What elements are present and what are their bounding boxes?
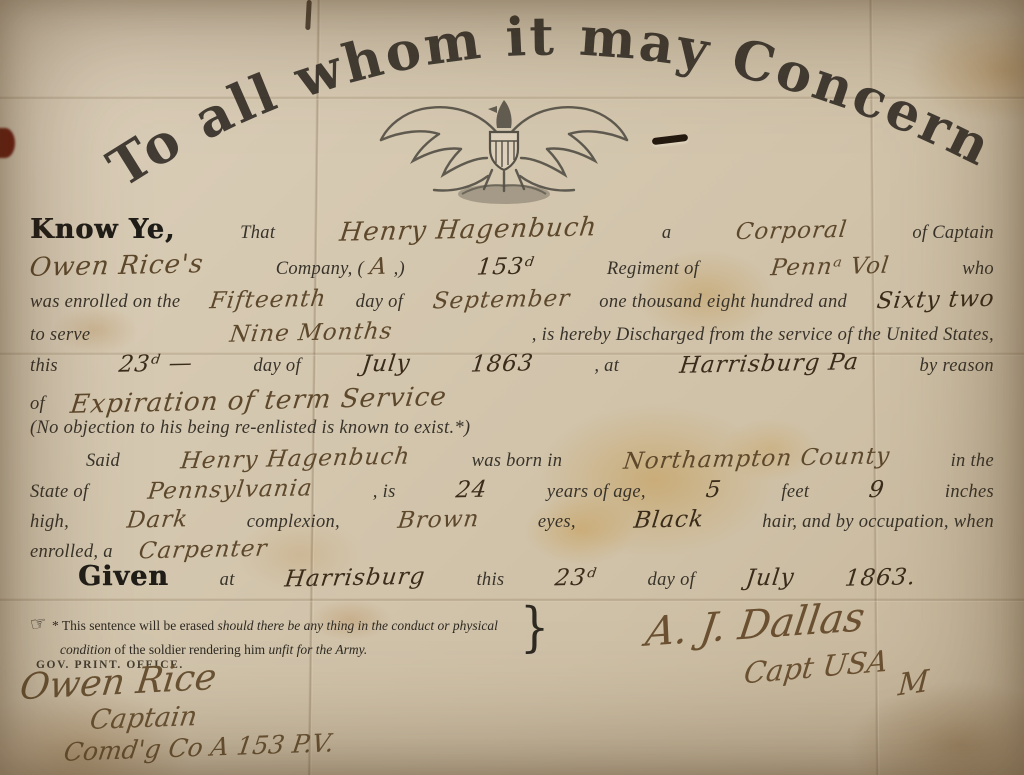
form-line-description: high, Dark complexion, Brown eyes, Black… [30, 507, 994, 533]
captain-name-entry: Owen Rice's [28, 249, 205, 283]
print-day-of: day of [356, 292, 404, 313]
company-letter-entry: A [368, 254, 389, 280]
given-year-entry: 1863. [843, 564, 917, 591]
print-eyes: eyes, [538, 512, 576, 533]
print-complexion: complexion, [247, 512, 340, 533]
given-month-entry: July [744, 564, 796, 591]
soldier-name-entry: Henry Hagenbuch [338, 212, 599, 247]
print-in-the: in the [951, 451, 994, 472]
print-hair-occupation: hair, and by occupation, when [762, 512, 994, 533]
given-place-entry: Harrisburg [284, 564, 428, 593]
discharge-year-entry: 1863 [469, 350, 535, 377]
print-years-of-age: years of age, [547, 482, 646, 503]
hair-entry: Black [633, 506, 706, 533]
signature-flourish-m: M [897, 664, 930, 704]
print-of: of [30, 394, 45, 415]
complexion-entry: Dark [126, 506, 190, 533]
form-line-enrollment: was enrolled on the Fifteenth day of Sep… [30, 287, 994, 313]
print-to-serve: to serve [30, 325, 90, 346]
footnote-line2-italic2: unfit for the Army. [268, 642, 367, 657]
age-entry: 24 [454, 477, 488, 504]
rank-entry: Corporal [735, 217, 849, 245]
form-line-company: Owen Rice's Company, ( A ,) 153ᵈ Regimen… [30, 251, 994, 281]
enroll-month-entry: September [431, 286, 572, 315]
state-volunteers-entry: Pennᵃ Vol [770, 253, 892, 281]
print-state-of: State of [30, 482, 88, 503]
form-line-occupation: enrolled, a Carpenter [30, 537, 994, 563]
discharge-month-entry: July [360, 350, 412, 377]
form-line-term: to serve Nine Months , is hereby Dischar… [30, 320, 994, 346]
form-line-know-ye: Know Ye, That Henry Hagenbuch a Corporal… [30, 214, 994, 245]
reason-entry: Expiration of term Service [69, 382, 449, 420]
eagle-emblem [376, 94, 632, 206]
print-no-objection: (No objection to his being re-enlisted i… [30, 418, 470, 439]
print-one-thousand: one thousand eight hundred and [599, 292, 847, 313]
enroll-day-entry: Fifteenth [208, 286, 328, 314]
print-at-2: at [220, 570, 235, 591]
print-day-of-3: day of [648, 570, 696, 591]
footnote-line2: condition of the soldier rendering him u… [30, 639, 530, 661]
print-enrolled-a: enrolled, a [30, 542, 113, 563]
eyes-entry: Brown [397, 506, 482, 534]
print-high: high, [30, 512, 69, 533]
print-day-of-2: day of [253, 356, 301, 377]
know-ye-label: Know Ye, [30, 214, 175, 245]
given-label: Given [78, 561, 169, 592]
form-line-birth: Said Henry Hagenbuch was born in Northam… [30, 446, 994, 472]
form-line-age-height: State of Pennsylvania , is 24 years of a… [30, 477, 994, 503]
form-line-no-objection: (No objection to his being re-enlisted i… [30, 418, 994, 439]
print-that: That [240, 223, 275, 244]
print-who: who [962, 259, 994, 280]
footnote-brace: } [520, 596, 549, 658]
company-letter-cluster: Company, ( A ,) [276, 254, 405, 280]
print-feet: feet [781, 482, 809, 503]
discharge-certificate-photo: To all whom it may Concern: Know Ye, Tha… [0, 0, 1024, 775]
print-a: a [662, 223, 672, 244]
birth-county-entry: Northampton County [622, 443, 892, 475]
form-line-given: Given at Harrisburg this 23ᵈ day of July… [30, 561, 994, 592]
footnote-line1-roman: * This sentence will be erased [52, 618, 214, 633]
print-this: this [30, 356, 58, 377]
height-feet-entry: 5 [704, 477, 723, 503]
footnote-line1-italic: should there be any thing in the conduct… [218, 618, 498, 633]
form-line-reason: of Expiration of term Service [30, 386, 994, 416]
footnote-line2-roman: of the soldier rendering him [114, 642, 265, 657]
footnote: ☞* This sentence will be erased should t… [30, 609, 530, 661]
soldier-name-entry-2: Henry Hagenbuch [179, 444, 412, 475]
manicule-icon: ☞ [27, 608, 49, 641]
discharge-day-entry: 23ᵈ — [117, 350, 194, 378]
print-discharged: , is hereby Discharged from the service … [532, 325, 994, 346]
form-line-discharge-date: this 23ᵈ — day of July 1863 , at Harrisb… [30, 351, 994, 377]
enroll-year-entry: Sixty two [875, 286, 996, 314]
print-this-2: this [476, 570, 504, 591]
term-entry: Nine Months [228, 318, 394, 347]
print-at: , at [594, 356, 619, 377]
print-said: Said [86, 451, 120, 472]
print-regiment-of: Regiment of [607, 259, 699, 280]
given-day-entry: 23ᵈ [554, 565, 599, 592]
signature-rank-captain: Captain [88, 701, 199, 736]
birth-state-entry: Pennsylvania [147, 475, 315, 504]
print-inches: inches [945, 482, 994, 503]
print-company-close: ,) [394, 259, 405, 280]
print-is: , is [373, 482, 396, 503]
regiment-number-entry: 153ᵈ [476, 253, 536, 280]
print-by-reason: by reason [919, 356, 993, 377]
print-was-enrolled: was enrolled on the [30, 292, 180, 313]
footnote-line2-italic1: condition [60, 642, 111, 657]
height-inches-entry: 9 [868, 477, 887, 503]
print-of-captain: of Captain [912, 223, 994, 244]
discharge-place-entry: Harrisburg Pa [678, 349, 860, 379]
print-company-open: Company, ( [276, 259, 364, 280]
print-was-born-in: was born in [472, 451, 563, 472]
